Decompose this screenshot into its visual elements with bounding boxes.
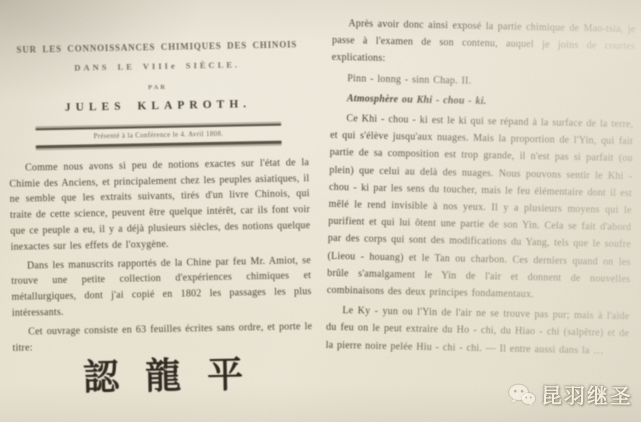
right-page: Après avoir donc ainsi exposé la partie … bbox=[325, 15, 635, 363]
left-paragraph-1: Comme nous avons si peu de notions exact… bbox=[9, 155, 311, 256]
section-heading: Atmosphère ou Khi - chou - ki. bbox=[331, 90, 634, 114]
left-paragraph-2: Dans les manuscrits rapportés de la Chin… bbox=[11, 253, 312, 322]
wechat-icon bbox=[508, 383, 536, 406]
rule-top bbox=[35, 124, 281, 131]
left-page-body: Comme nous avons si peu de notions exact… bbox=[9, 155, 313, 356]
right-paragraph-3: Le Ky - yun ou l'Yin de l'air ne se trou… bbox=[326, 302, 630, 360]
left-page: SUR LES CONNOISSANCES CHIMIQUES DES CHIN… bbox=[7, 27, 314, 399]
watermark: 昆羽继圣 bbox=[508, 379, 633, 410]
watermark-label: 昆羽继圣 bbox=[541, 380, 633, 411]
chapter-heading: Pinn - lonng - sinn Chap. II. bbox=[331, 69, 634, 93]
author-name: JULES KLAPROTH. bbox=[8, 97, 308, 115]
memoir-title-line1: SUR LES CONNOISSANCES CHIMIQUES DES CHIN… bbox=[7, 39, 307, 55]
presented-note: Présenté à la Conférence le 4. Avril 180… bbox=[35, 130, 281, 142]
right-paragraph-1: Après avoir donc ainsi exposé la partie … bbox=[332, 15, 636, 73]
left-paragraph-3: Cet ouvrage consiste en 63 feuilles écri… bbox=[12, 319, 313, 356]
right-paragraph-2: Ce Khi - chou - ki est le ki qui se répa… bbox=[327, 110, 634, 306]
document-photo: SUR LES CONNOISSANCES CHIMIQUES DES CHIN… bbox=[0, 0, 641, 422]
rule-bottom bbox=[36, 141, 282, 148]
byline: PAR bbox=[8, 81, 308, 94]
memoir-title-line2: DANS LE VIIIe SIÈCLE. bbox=[7, 58, 307, 74]
chinese-book-title: 認龍平 bbox=[13, 353, 314, 399]
presented-rule-block: Présenté à la Conférence le 4. Avril 180… bbox=[35, 124, 281, 149]
